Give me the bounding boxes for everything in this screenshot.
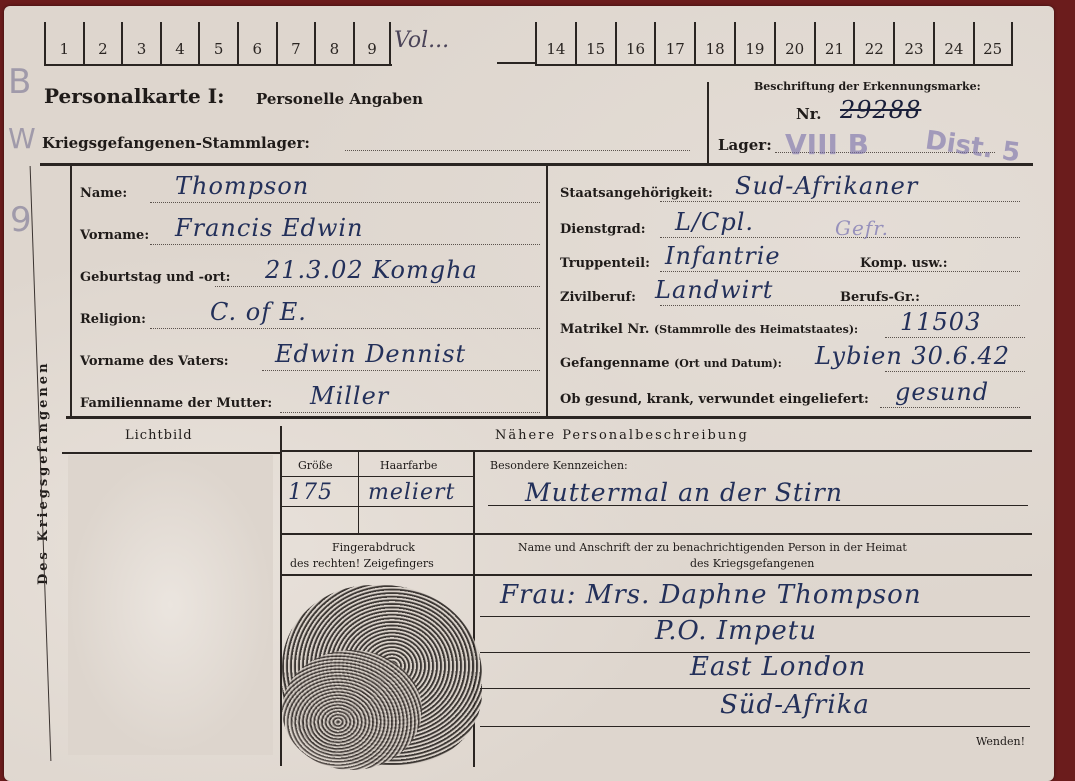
lichtbild-label: Lichtbild xyxy=(125,428,193,443)
field-value: Francis Edwin xyxy=(175,214,364,242)
field-value: Infantrie xyxy=(665,242,781,270)
number-cell: 9 xyxy=(353,22,392,64)
number-cell: 6 xyxy=(237,22,276,64)
contact-label-2: des Kriegsgefangenen xyxy=(690,557,814,570)
field-label: Truppenteil: xyxy=(560,256,650,271)
field-value: Miller xyxy=(310,382,389,410)
field-label: Familienname der Mutter: xyxy=(80,396,272,411)
kennzeichen-value: Muttermal an der Stirn xyxy=(525,478,843,507)
field-value: C. of E. xyxy=(210,298,307,326)
number-cell: 14 xyxy=(535,22,575,64)
card-title: Personalkarte I: xyxy=(44,84,224,108)
field-value: L/Cpl. xyxy=(675,208,754,236)
number-cell: 18 xyxy=(694,22,734,64)
number-cell: 8 xyxy=(314,22,353,64)
field-label: Vorname des Vaters: xyxy=(80,354,229,369)
margin-pencil-mark: B xyxy=(8,62,31,102)
field-label: Matrikel Nr. (Stammrolle des Heimatstaat… xyxy=(560,322,858,337)
contact-line: P.O. Impetu xyxy=(655,616,817,646)
field-value: Lybien 30.6.42 xyxy=(815,342,1010,370)
erkennungsmarke-label: Beschriftung der Erkennungsmarke: xyxy=(754,80,981,93)
description-label: Nähere Personalbeschreibung xyxy=(495,428,749,443)
dienstgrad-annotation: Gefr. xyxy=(835,216,889,240)
number-cell: 1 xyxy=(44,22,83,64)
field-value: Thompson xyxy=(175,172,309,200)
photo-area xyxy=(68,455,273,755)
wenden-label: Wenden! xyxy=(976,735,1025,748)
number-cell: 7 xyxy=(276,22,315,64)
margin-pencil-mark: W xyxy=(8,122,36,155)
field-extra-label: Berufs-Gr.: xyxy=(840,290,920,305)
number-strip-right: 141516171819202122232425 xyxy=(535,22,1013,66)
haarfarbe-label: Haarfarbe xyxy=(380,459,437,472)
field-label: Gefangenname (Ort und Datum): xyxy=(560,356,782,371)
number-cell: 22 xyxy=(853,22,893,64)
margin-pencil-mark: 9 xyxy=(10,200,32,240)
field-label-text: Gefangenname xyxy=(560,356,670,371)
number-cell: 15 xyxy=(575,22,615,64)
number-cell: 2 xyxy=(83,22,122,64)
contact-line: Süd-Afrika xyxy=(720,690,870,720)
field-value: 21.3.02 Komgha xyxy=(265,256,478,284)
field-label: Geburtstag und -ort: xyxy=(80,270,230,285)
nr-label: Nr. xyxy=(796,105,821,123)
strip-pencil-mark: Vol... xyxy=(394,28,449,53)
field-label-text: Ob gesund, krank, verwundet eingeliefert… xyxy=(560,392,869,407)
nr-value: 29288 xyxy=(840,96,921,124)
number-cell: 4 xyxy=(160,22,199,64)
field-label: Zivilberuf: xyxy=(560,290,636,305)
number-cell: 25 xyxy=(973,22,1013,64)
number-strip-left: 123456789 xyxy=(44,22,392,66)
contact-line: Frau: Mrs. Daphne Thompson xyxy=(500,580,922,610)
field-label: Dienstgrad: xyxy=(560,222,646,237)
lager-stamp-value: VIII B xyxy=(785,128,869,161)
contact-label: Name und Anschrift der zu benachrichtige… xyxy=(518,541,907,554)
number-cell: 16 xyxy=(615,22,655,64)
number-cell: 24 xyxy=(933,22,973,64)
fingerprint-image-lower xyxy=(282,650,422,770)
field-label-text: Dienstgrad: xyxy=(560,222,646,237)
groesse-label: Größe xyxy=(298,459,333,472)
card-subtitle: Personelle Angaben xyxy=(256,90,423,108)
number-cell: 19 xyxy=(734,22,774,64)
field-value: 11503 xyxy=(900,308,981,336)
field-label-note: (Ort und Datum): xyxy=(674,357,782,370)
kennzeichen-label: Besondere Kennzeichen: xyxy=(490,459,628,472)
field-label-note: (Stammrolle des Heimatstaates): xyxy=(654,323,858,336)
number-cell: 17 xyxy=(654,22,694,64)
groesse-value: 175 xyxy=(288,480,333,505)
field-label-text: Staatsangehörigkeit: xyxy=(560,186,713,201)
contact-line: East London xyxy=(690,652,866,682)
field-label-text: Zivilberuf: xyxy=(560,290,636,305)
fingerprint-label: Fingerabdruck xyxy=(332,541,415,554)
fingerprint-label-2: des rechten! Zeigefingers xyxy=(290,557,434,570)
lager-label: Lager: xyxy=(718,136,772,154)
field-label: Religion: xyxy=(80,312,146,327)
field-extra-label: Komp. usw.: xyxy=(860,256,948,271)
number-cell: 5 xyxy=(198,22,237,64)
stammlager-label: Kriegsgefangenen-Stammlager: xyxy=(42,134,310,152)
number-cell: 23 xyxy=(893,22,933,64)
field-label: Vorname: xyxy=(80,228,149,243)
field-label: Ob gesund, krank, verwundet eingeliefert… xyxy=(560,392,869,407)
field-value: Sud-Afrikaner xyxy=(735,172,918,200)
number-cell: 3 xyxy=(121,22,160,64)
haarfarbe-value: meliert xyxy=(368,480,455,505)
field-label: Staatsangehörigkeit: xyxy=(560,186,713,201)
number-cell: 20 xyxy=(774,22,814,64)
number-cell: 21 xyxy=(814,22,854,64)
field-value: gesund xyxy=(895,378,989,406)
field-label-text: Matrikel Nr. xyxy=(560,322,649,337)
field-label-text: Truppenteil: xyxy=(560,256,650,271)
field-label: Name: xyxy=(80,186,127,201)
field-value: Landwirt xyxy=(655,276,773,304)
field-value: Edwin Dennist xyxy=(275,340,466,368)
